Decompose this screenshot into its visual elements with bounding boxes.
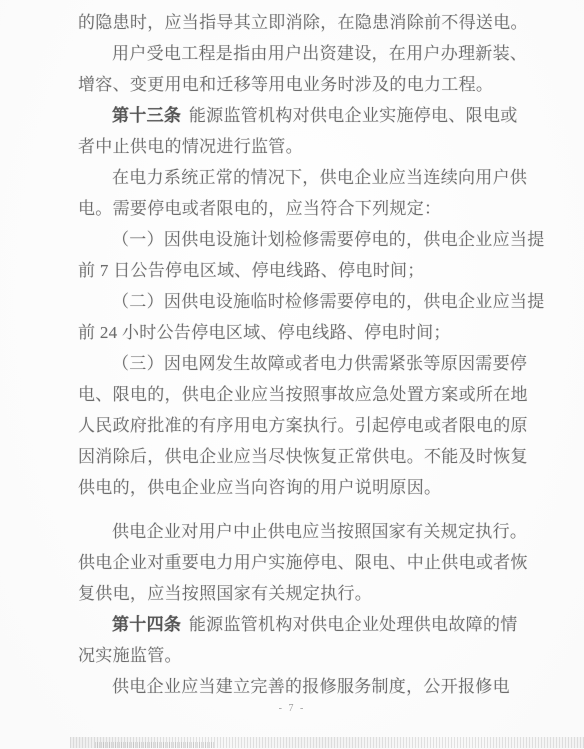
- text-run: 供电企业对重要电力用户实施停电、限电、中止供电或者恢: [78, 553, 528, 572]
- text-line: 增容、变更用电和迁移等用电业务时涉及的电力工程。: [78, 69, 514, 100]
- text-line: 电、限电的，供电企业应当按照事故应急处置方案或所在地: [78, 379, 514, 410]
- text-run: （三）因电网发生故障或者电力供需紧张等原因需要停: [112, 354, 527, 373]
- text-run: 的隐患时，应当指导其立即消除，在隐患消除前不得送电。: [78, 13, 528, 32]
- text-run: 能源监管机构对供电企业实施停电、限电或: [189, 106, 518, 125]
- text-line: 供电企业对重要电力用户实施停电、限电、中止供电或者恢: [78, 547, 514, 578]
- text-line: 的隐患时，应当指导其立即消除，在隐患消除前不得送电。: [78, 7, 514, 38]
- article-number-bold-run: 第十四条: [112, 615, 181, 634]
- text-line: 复供电，应当按照国家有关规定执行。: [78, 578, 514, 609]
- text-line: 前 24 小时公告停电区域、停电线路、停电时间；: [78, 317, 514, 348]
- text-line: （三）因电网发生故障或者电力供需紧张等原因需要停: [78, 348, 514, 379]
- text-line: 用户受电工程是指由用户出资建设，在用户办理新装、: [78, 38, 514, 69]
- text-run: 电。需要停电或者限电的，应当符合下列规定：: [78, 199, 441, 218]
- article-number-bold-run: 第十三条: [112, 106, 181, 125]
- text-run: 电、限电的，供电企业应当按照事故应急处置方案或所在地: [78, 385, 528, 404]
- text-line: 人民政府批准的有序用电方案执行。引起停电或者限电的原: [78, 410, 514, 441]
- text-run: 在电力系统正常的情况下，供电企业应当连续向用户供: [112, 168, 527, 187]
- text-run: 前 24 小时公告停电区域、停电线路、停电时间；: [78, 323, 451, 342]
- text-line: 供电企业应当建立完善的报修服务制度，公开报修电: [78, 671, 514, 702]
- text-run: 增容、变更用电和迁移等用电业务时涉及的电力工程。: [78, 75, 493, 94]
- text-run: 用户受电工程是指由用户出资建设，在用户办理新装、: [112, 44, 527, 63]
- text-run: 供电的，供电企业应当向咨询的用户说明原因。: [78, 478, 441, 497]
- scan-artifact-band-dark: [95, 742, 215, 748]
- text-run: 复供电，应当按照国家有关规定执行。: [78, 584, 372, 603]
- text-line: 前 7 日公告停电区域、停电线路、停电时间；: [78, 255, 514, 286]
- text-run: 供电企业应当建立完善的报修服务制度，公开报修电: [112, 677, 510, 696]
- document-text-block: 的隐患时，应当指导其立即消除，在隐患消除前不得送电。用户受电工程是指由用户出资建…: [78, 7, 514, 702]
- text-run: （一）因供电设施计划检修需要停电的，供电企业应当提: [112, 230, 545, 249]
- text-line: （一）因供电设施计划检修需要停电的，供电企业应当提: [78, 224, 514, 255]
- text-run: 者中止供电的情况进行监管。: [78, 137, 303, 156]
- text-line: 电。需要停电或者限电的，应当符合下列规定：: [78, 193, 514, 224]
- text-run: 前 7 日公告停电区域、停电线路、停电时间；: [78, 261, 425, 280]
- scanned-document-page: 的隐患时，应当指导其立即消除，在隐患消除前不得送电。用户受电工程是指由用户出资建…: [0, 0, 584, 749]
- text-line: 第十三条能源监管机构对供电企业实施停电、限电或: [78, 100, 514, 131]
- text-run: 人民政府批准的有序用电方案执行。引起停电或者限电的原: [78, 416, 528, 435]
- text-run: 供电企业对用户中止供电应当按照国家有关规定执行。: [112, 522, 527, 541]
- text-line: 在电力系统正常的情况下，供电企业应当连续向用户供: [78, 162, 514, 193]
- text-line: 况实施监管。: [78, 640, 514, 671]
- text-run: （二）因供电设施临时检修需要停电的，供电企业应当提: [112, 292, 545, 311]
- text-line: 供电的，供电企业应当向咨询的用户说明原因。: [78, 472, 514, 503]
- text-run: 能源监管机构对供电企业处理供电故障的情: [189, 615, 518, 634]
- text-line: 因消除后，供电企业应当尽快恢复正常供电。不能及时恢复: [78, 441, 514, 472]
- text-line: 者中止供电的情况进行监管。: [78, 131, 514, 162]
- text-line: （二）因供电设施临时检修需要停电的，供电企业应当提: [78, 286, 514, 317]
- text-line: 第十四条能源监管机构对供电企业处理供电故障的情: [78, 609, 514, 640]
- text-line: 供电企业对用户中止供电应当按照国家有关规定执行。: [78, 516, 514, 547]
- text-run: 因消除后，供电企业应当尽快恢复正常供电。不能及时恢复: [78, 447, 528, 466]
- text-run: 况实施监管。: [78, 646, 182, 665]
- page-number: - 7 -: [0, 703, 584, 714]
